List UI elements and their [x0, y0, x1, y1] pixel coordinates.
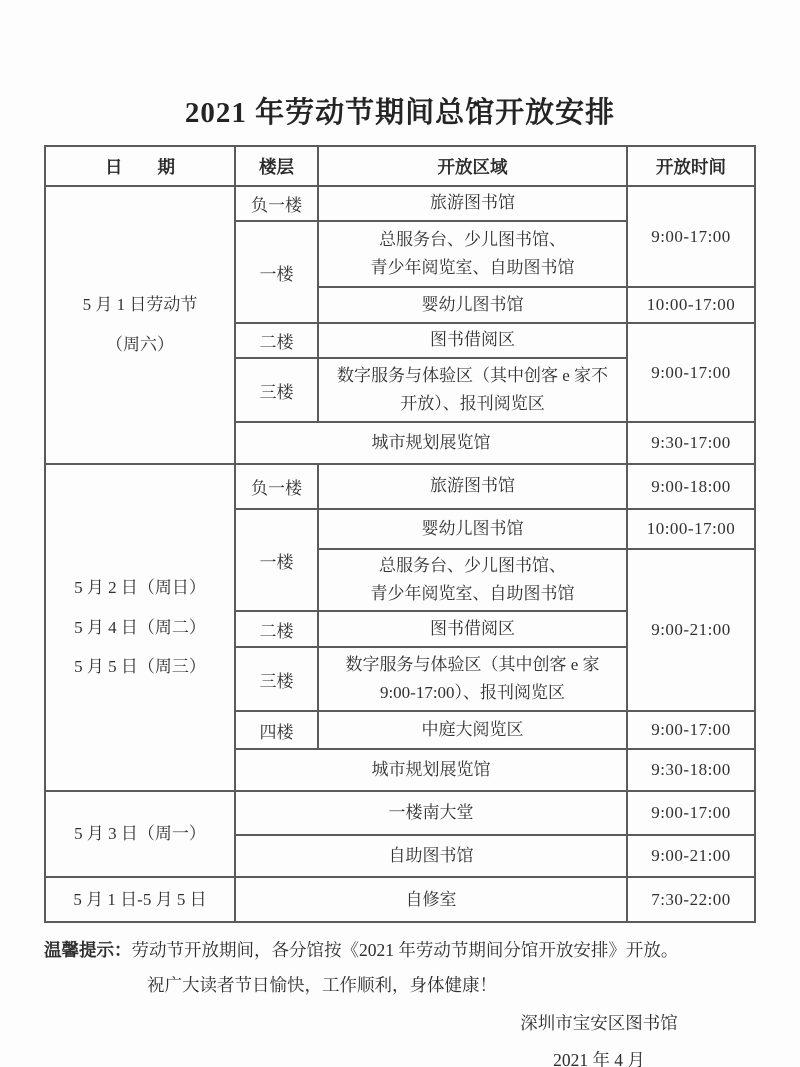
signature-block: 深圳市宝安区图书馆 2021 年 4 月 [484, 1011, 714, 1067]
table-row: 5 月 1 日劳动节 （周六） 负一楼 旅游图书馆 9:00-17:00 [45, 186, 755, 221]
floor-cell: 负一楼 [235, 464, 318, 509]
time-cell: 9:00-17:00 [627, 323, 755, 422]
floor-cell: 四楼 [235, 711, 318, 749]
floor-cell: 负一楼 [235, 186, 318, 221]
time-cell: 9:00-21:00 [627, 549, 755, 711]
time-cell: 9:00-17:00 [627, 711, 755, 749]
date-line: 5 月 1 日劳动节 [50, 294, 230, 316]
area-cell: 中庭大阅览区 [318, 711, 627, 749]
area-cell: 城市规划展览馆 [235, 749, 627, 791]
area-cell: 旅游图书馆 [318, 464, 627, 509]
table-header-row: 日 期 楼层 开放区域 开放时间 [45, 146, 755, 186]
time-cell: 9:00-17:00 [627, 186, 755, 287]
area-cell: 婴幼儿图书馆 [318, 509, 627, 549]
col-header-area: 开放区域 [318, 146, 627, 186]
area-cell: 数字服务与体验区（其中创客 e 家不 开放）、报刊阅览区 [318, 358, 627, 422]
date-line: 5 月 5 日（周三） [50, 656, 230, 678]
date-line: 5 月 3 日（周一） [50, 823, 230, 845]
signature-date: 2021 年 4 月 [484, 1048, 714, 1067]
time-cell: 9:00-18:00 [627, 464, 755, 509]
floor-cell: 三楼 [235, 358, 318, 422]
schedule-table: 日 期 楼层 开放区域 开放时间 5 月 1 日劳动节 （周六） 负一楼 旅游图… [44, 145, 756, 923]
area-cell: 婴幼儿图书馆 [318, 287, 627, 323]
floor-cell: 二楼 [235, 611, 318, 647]
page-title: 2021 年劳动节期间总馆开放安排 [0, 0, 800, 131]
time-cell: 9:00-21:00 [627, 835, 755, 877]
floor-cell: 三楼 [235, 647, 318, 711]
notes-section: 温馨提示：劳动节开放期间，各分馆按《2021 年劳动节期间分馆开放安排》开放。 … [44, 938, 756, 1067]
time-cell: 10:00-17:00 [627, 287, 755, 323]
time-cell: 9:00-17:00 [627, 791, 755, 835]
area-cell: 城市规划展览馆 [235, 422, 627, 464]
area-cell: 图书借阅区 [318, 611, 627, 647]
table-row: 5 月 2 日（周日） 5 月 4 日（周二） 5 月 5 日（周三） 负一楼 … [45, 464, 755, 509]
area-cell: 总服务台、少儿图书馆、 青少年阅览室、自助图书馆 [318, 549, 627, 611]
time-cell: 9:30-18:00 [627, 749, 755, 791]
area-cell: 一楼南大堂 [235, 791, 627, 835]
area-cell: 数字服务与体验区（其中创客 e 家 9:00-17:00）、报刊阅览区 [318, 647, 627, 711]
date-cell: 5 月 1 日劳动节 （周六） [45, 186, 235, 464]
floor-cell: 一楼 [235, 509, 318, 611]
date-cell: 5 月 1 日-5 月 5 日 [45, 877, 235, 922]
date-cell: 5 月 2 日（周日） 5 月 4 日（周二） 5 月 5 日（周三） [45, 464, 235, 791]
notice-page: 2021 年劳动节期间总馆开放安排 日 期 楼层 开放区域 开放时间 5 月 1… [0, 0, 800, 1067]
date-line: 5 月 4 日（周二） [50, 617, 230, 639]
time-cell: 7:30-22:00 [627, 877, 755, 922]
col-header-date: 日 期 [45, 146, 235, 186]
notes-text: 劳动节开放期间，各分馆按《2021 年劳动节期间分馆开放安排》开放。 [132, 940, 679, 960]
area-cell: 旅游图书馆 [318, 186, 627, 221]
table-row: 5 月 3 日（周一） 一楼南大堂 9:00-17:00 [45, 791, 755, 835]
notes-label: 温馨提示： [44, 940, 132, 960]
area-cell: 总服务台、少儿图书馆、 青少年阅览室、自助图书馆 [318, 221, 627, 287]
date-cell: 5 月 3 日（周一） [45, 791, 235, 877]
notes-line-1: 温馨提示：劳动节开放期间，各分馆按《2021 年劳动节期间分馆开放安排》开放。 [44, 938, 756, 963]
area-cell: 自修室 [235, 877, 627, 922]
floor-cell: 一楼 [235, 221, 318, 323]
notes-line-2: 祝广大读者节日愉快，工作顺利，身体健康！ [44, 973, 756, 998]
time-cell: 10:00-17:00 [627, 509, 755, 549]
table-row: 5 月 1 日-5 月 5 日 自修室 7:30-22:00 [45, 877, 755, 922]
date-line: 5 月 2 日（周日） [50, 577, 230, 599]
area-cell: 图书借阅区 [318, 323, 627, 358]
floor-cell: 二楼 [235, 323, 318, 358]
signature-name: 深圳市宝安区图书馆 [484, 1011, 714, 1036]
date-line: （周六） [50, 334, 230, 356]
time-cell: 9:30-17:00 [627, 422, 755, 464]
col-header-floor: 楼层 [235, 146, 318, 186]
area-cell: 自助图书馆 [235, 835, 627, 877]
col-header-time: 开放时间 [627, 146, 755, 186]
date-line: 5 月 1 日-5 月 5 日 [50, 889, 230, 911]
